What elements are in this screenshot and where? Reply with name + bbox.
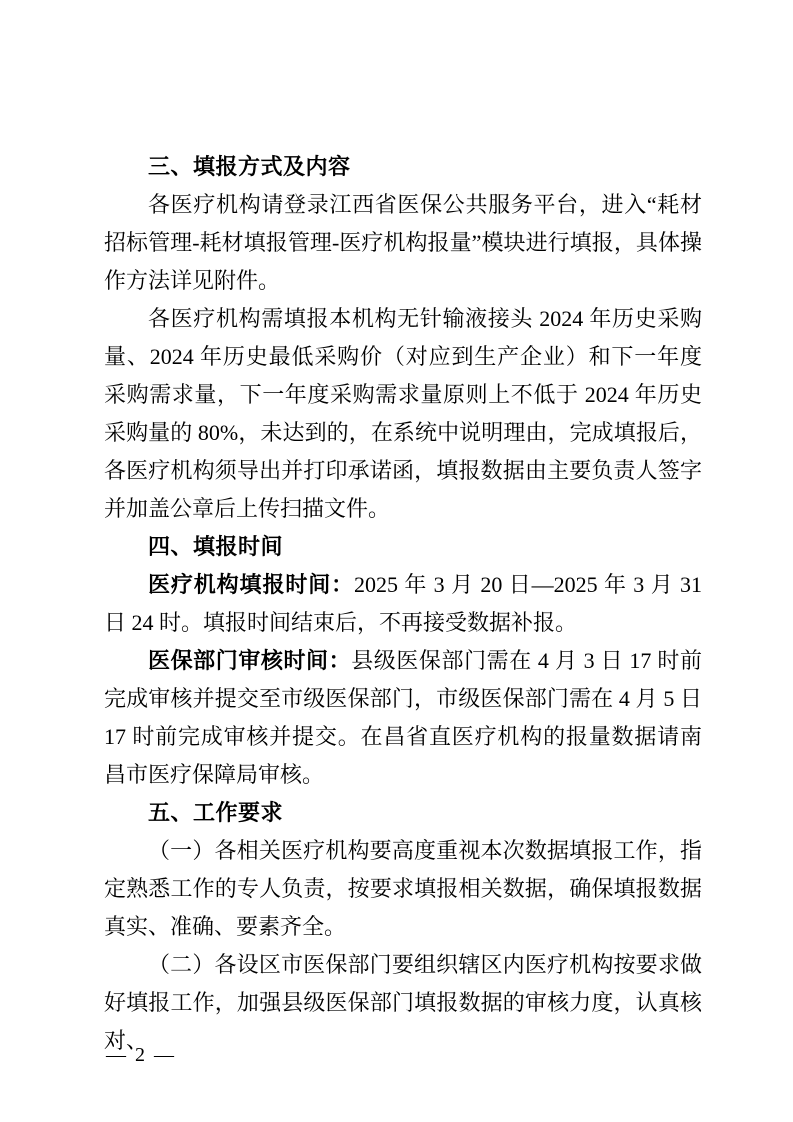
paragraph-text: （一）各相关医疗机构要高度重视本次数据填报工作，指定熟悉工作的专人负责，按要求填…	[104, 838, 702, 939]
document-body: 三、填报方式及内容各医疗机构请登录江西省医保公共服务平台，进入“耗材招标管理-耗…	[104, 148, 702, 1060]
paragraph-text: 各医疗机构请登录江西省医保公共服务平台，进入“耗材招标管理-耗材填报管理-医疗机…	[104, 192, 702, 293]
paragraph-text: 各医疗机构需填报本机构无针输液接头 2024 年历史采购量、2024 年历史最低…	[104, 306, 702, 521]
paragraph: （一）各相关医疗机构要高度重视本次数据填报工作，指定熟悉工作的专人负责，按要求填…	[104, 832, 702, 946]
heading-text: 三、填报方式及内容	[148, 154, 351, 179]
paragraph: （二）各设区市医保部门要组织辖区内医疗机构按要求做好填报工作，加强县级医保部门填…	[104, 946, 702, 1060]
page-number: — 2 —	[106, 1041, 176, 1069]
paragraph: 医保部门审核时间：县级医保部门需在 4 月 3 日 17 时前完成审核并提交至市…	[104, 642, 702, 794]
heading-text: 四、填报时间	[148, 534, 283, 559]
heading-text: 五、工作要求	[148, 800, 283, 825]
paragraph: 医疗机构填报时间：2025 年 3 月 20 日—2025 年 3 月 31 日…	[104, 566, 702, 642]
paragraph: 各医疗机构请登录江西省医保公共服务平台，进入“耗材招标管理-耗材填报管理-医疗机…	[104, 186, 702, 300]
section-heading: 三、填报方式及内容	[104, 148, 702, 186]
section-heading: 五、工作要求	[104, 794, 702, 832]
paragraph: 各医疗机构需填报本机构无针输液接头 2024 年历史采购量、2024 年历史最低…	[104, 300, 702, 528]
paragraph-label: 医疗机构填报时间：	[148, 572, 354, 597]
paragraph-text: （二）各设区市医保部门要组织辖区内医疗机构按要求做好填报工作，加强县级医保部门填…	[104, 952, 702, 1053]
document-page: 三、填报方式及内容各医疗机构请登录江西省医保公共服务平台，进入“耗材招标管理-耗…	[0, 0, 793, 1122]
paragraph-label: 医保部门审核时间：	[148, 648, 351, 673]
section-heading: 四、填报时间	[104, 528, 702, 566]
